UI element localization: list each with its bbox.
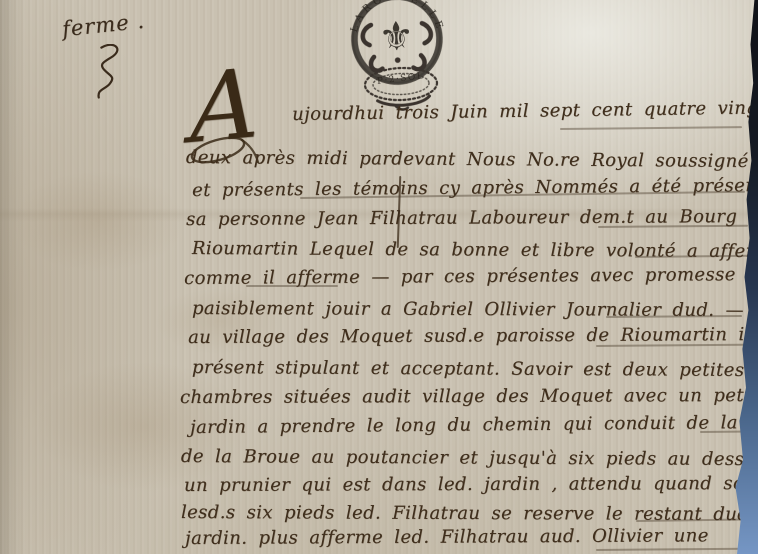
manuscript-line: un prunier qui est dans led. jardin , at… <box>184 473 756 496</box>
fleur-de-lis-icon: ⚜ <box>378 14 415 61</box>
ink-filler-line <box>560 126 742 129</box>
ink-filler-line <box>596 548 746 551</box>
manuscript-line: et présents les témoins cy après Nommés … <box>192 175 758 201</box>
margin-flourish-icon <box>88 44 128 104</box>
manuscript-photo: ferme . LAROCHELLE ⚜ P·2·SOL <box>0 0 758 554</box>
manuscript-line: lesd.s six pieds led. Filhatrau se reser… <box>181 502 755 525</box>
manuscript-line: de la Broue au poutancier et jusqu'à six… <box>181 446 758 470</box>
manuscript-line: deux après midi pardevant Nous No.re Roy… <box>186 147 749 172</box>
manuscript-line: paisiblement jouir a Gabriel Ollivier Jo… <box>192 298 744 321</box>
manuscript-line: chambres situées audit village des Moque… <box>180 385 758 408</box>
ink-filler-line <box>246 285 338 287</box>
manuscript-line: Rioumartin Lequel de sa bonne et libre v… <box>192 238 758 262</box>
margin-note: ferme . <box>61 9 146 42</box>
tax-stamp: LAROCHELLE ⚜ P·2·SOL <box>330 0 472 118</box>
manuscript-line: jardin. plus afferme led. Filhatrau aud.… <box>185 525 709 549</box>
manuscript-line: jardin a prendre le long du chemin qui c… <box>190 412 758 438</box>
manuscript-line: présent stipulant et acceptant. Savoir e… <box>192 357 745 381</box>
ink-filler-line <box>596 344 744 347</box>
